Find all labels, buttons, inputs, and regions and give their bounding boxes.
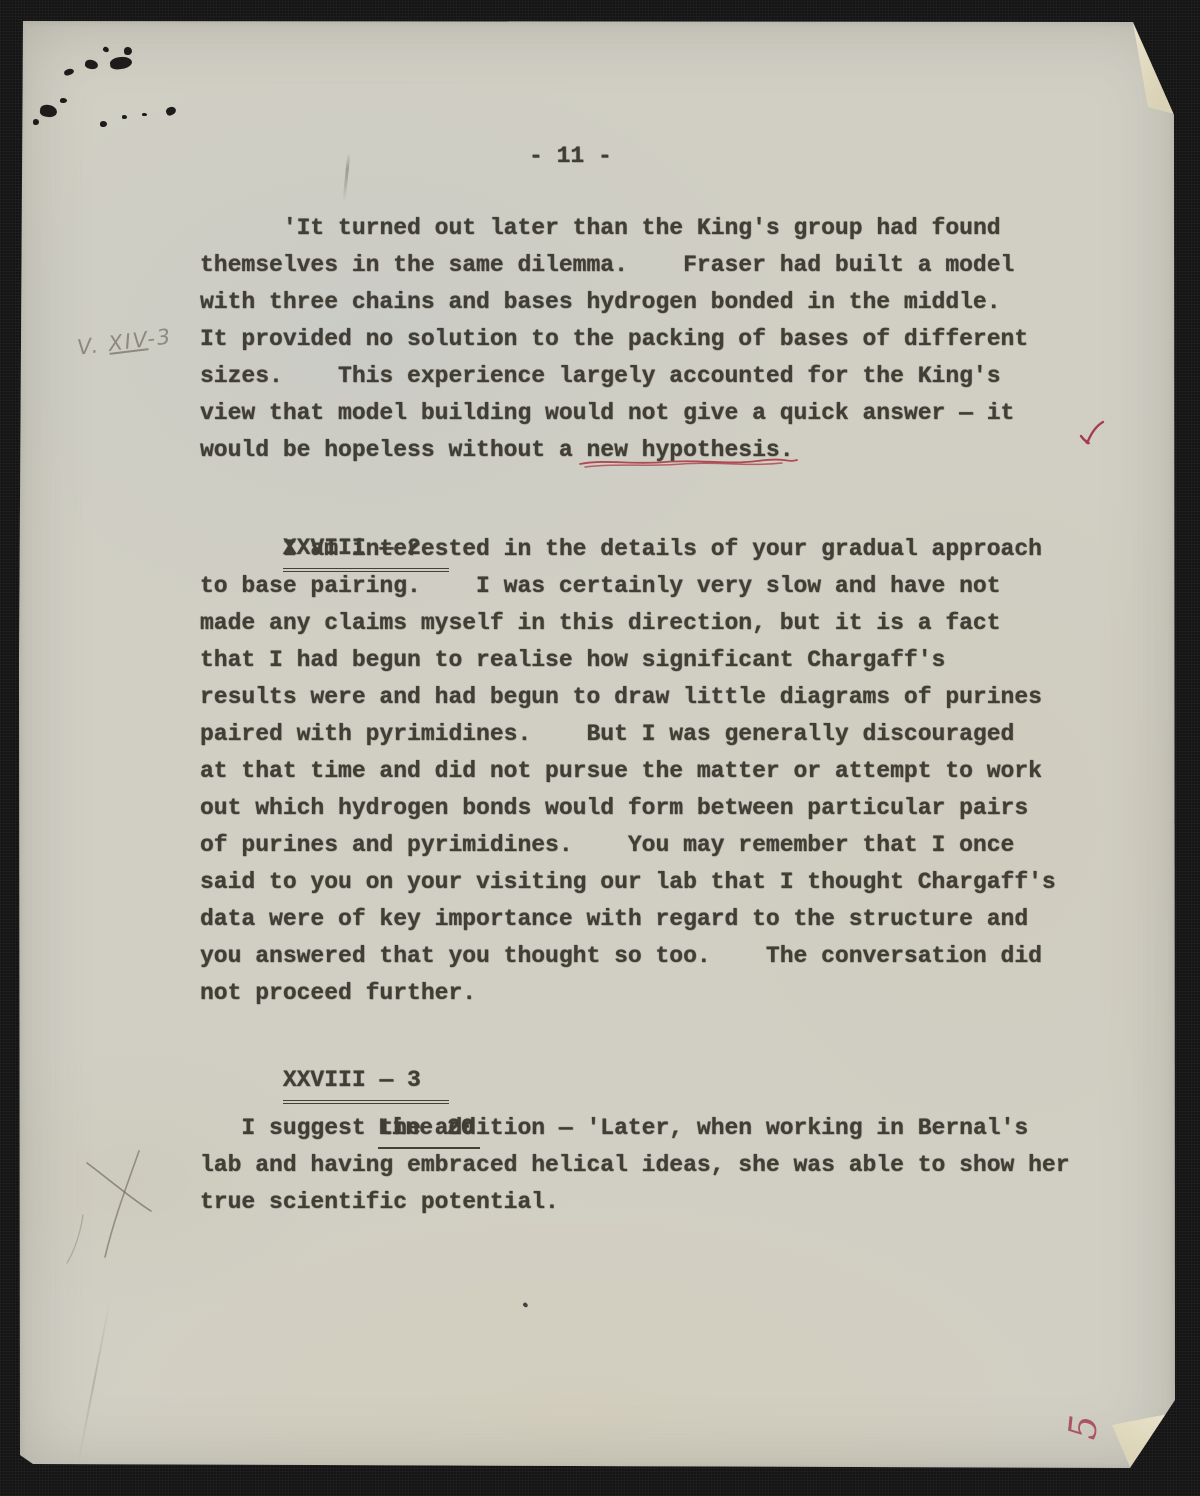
pencil-smudge: [342, 153, 350, 201]
ink-speck: [142, 113, 147, 116]
pencil-x-mark: [81, 1145, 156, 1265]
ink-speck: [63, 68, 74, 77]
scanned-letter-page: - 11 - 'It turned out later than the Kin…: [0, 0, 1200, 1496]
ink-speck: [60, 98, 67, 103]
handwritten-page-index: 5: [1060, 1377, 1122, 1443]
red-underline-mark: [577, 454, 801, 470]
ink-speck: [124, 47, 132, 55]
ink-speck: [100, 121, 107, 127]
paragraph-2: I am interested in the details of your g…: [200, 531, 1120, 1012]
ink-speck: [165, 105, 177, 116]
ink-speck: [33, 119, 39, 125]
paragraph-1: 'It turned out later than the King's gro…: [200, 210, 1120, 469]
ink-speck: [522, 1302, 528, 1308]
ink-speck: [109, 56, 132, 71]
margin-note-prefix: V.: [76, 332, 110, 360]
paragraph-3: I suggest the addition — 'Later, when wo…: [200, 1110, 1120, 1221]
paper-sheet: - 11 - 'It turned out later than the Kin…: [19, 20, 1175, 1470]
folded-corner-top-right: [1130, 21, 1178, 117]
check-mark: [1077, 420, 1107, 450]
ink-speck: [39, 104, 58, 118]
margin-note-suffix: -3: [146, 324, 174, 351]
ink-speck: [122, 115, 127, 119]
pencil-margin-note: V. XIV-3: [76, 324, 174, 359]
ink-speck: [102, 46, 110, 53]
ink-speck: [84, 59, 99, 71]
margin-note-reference: XIV: [107, 327, 149, 356]
paper-crease: [77, 1299, 111, 1464]
page-number: - 11 -: [529, 138, 612, 175]
